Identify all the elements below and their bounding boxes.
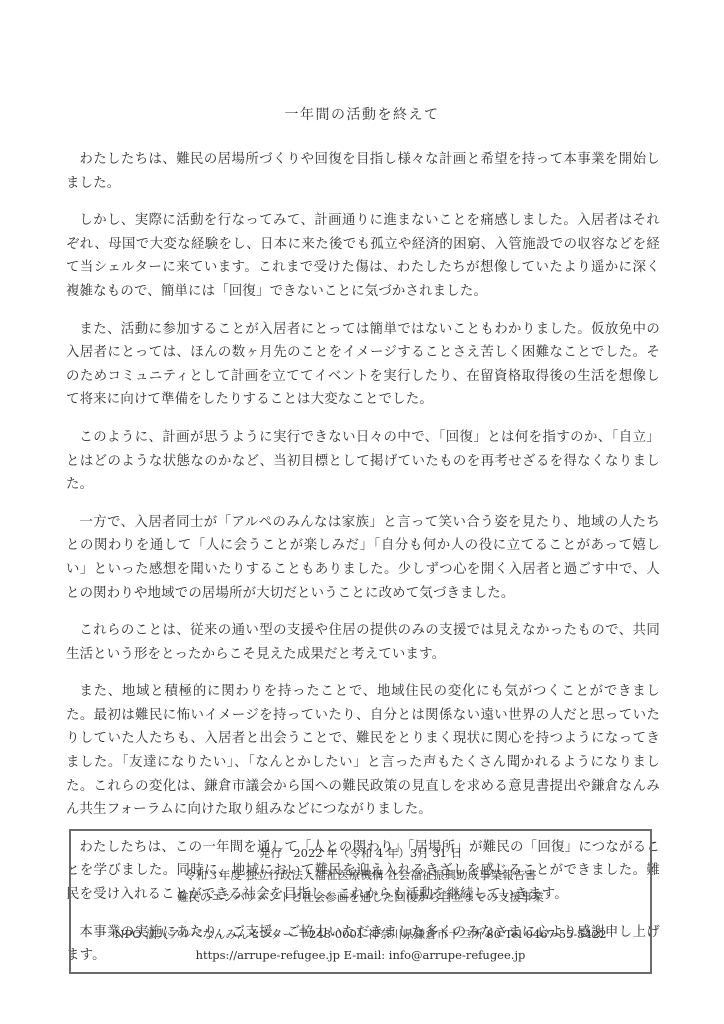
- paragraph-5: 一方で、入居者同士が「アルペのみんなは家族」と言って笑い合う姿を見たり、地域の人…: [66, 511, 660, 605]
- colophon-box: 発行 2022 年（令和 4 年）3月 31 日 令和３年度 独立行政法人福祉医…: [69, 829, 652, 974]
- paragraph-1: わたしたちは、難民の居場所づくりや回復を目指し様々な計画と希望を持って本事業を開…: [66, 148, 660, 195]
- organization-address: NPO 法人アルペなんみんセンター 〒248-0001 神奈川県鎌倉市十二所 8…: [71, 926, 650, 942]
- paragraph-4: このように、計画が思うように実行できない日々の中で、「回復」とは何を指すのか、「…: [66, 426, 660, 497]
- paragraph-7: また、地域と積極的に関わりを持ったことで、地域住民の変化にも気がつくことができま…: [66, 680, 660, 822]
- issue-date: 発行 2022 年（令和 4 年）3月 31 日: [71, 845, 650, 861]
- page-title: 一年間の活動を終えて: [0, 104, 724, 124]
- paragraph-3: また、活動に参加することが入居者にとっては簡単ではないこともわかりました。仮放免…: [66, 318, 660, 412]
- contact-info: https://arrupe-refugee.jp E-mail: info@a…: [71, 948, 650, 962]
- report-title: 令和３年度 独立行政法人福祉医療機構 社会福祉振興助成事業報告書: [71, 867, 650, 883]
- project-name: 難民のエンパワメントと社会参画を通した回復から自立までの支援事業: [71, 889, 650, 905]
- paragraph-6: これらのことは、従来の通い型の支援や住居の提供のみの支援では見えなかったもので、…: [66, 619, 660, 666]
- paragraph-2: しかし、実際に活動を行なってみて、計画通りに進まないことを痛感しました。入居者は…: [66, 209, 660, 303]
